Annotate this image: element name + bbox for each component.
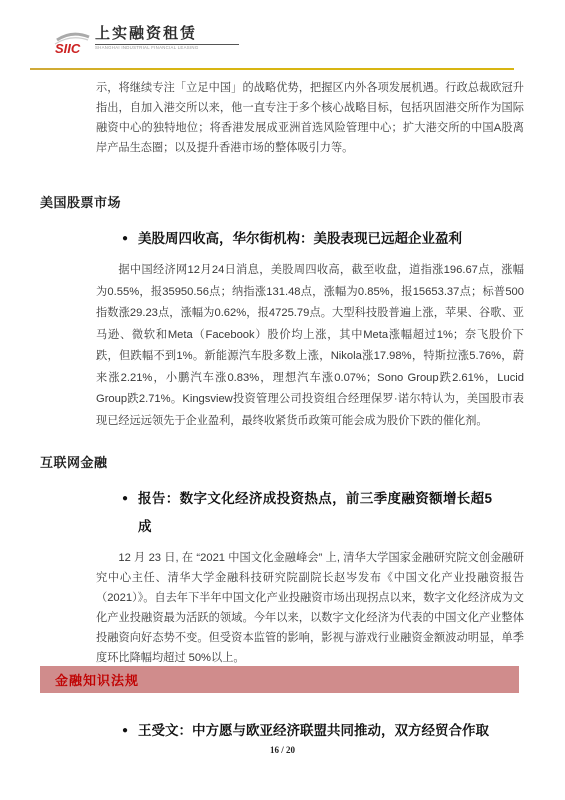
news-item-digital-culture: ● 报告：数字文化经济成投资热点，前三季度融资额增长超5成 xyxy=(122,485,492,541)
logo-company-name-en: SHANGHAI INDUSTRIAL FINANCIAL LEASING xyxy=(95,46,198,50)
document-page: SIIC 上实融资租赁 SHANGHAI INDUSTRIAL FINANCIA… xyxy=(0,0,565,800)
company-logo: SIIC 上实融资租赁 SHANGHAI INDUSTRIAL FINANCIA… xyxy=(54,24,239,56)
siic-logo-icon: SIIC xyxy=(54,30,90,56)
news-headline-digital-culture: 报告：数字文化经济成投资热点，前三季度融资额增长超5成 xyxy=(138,485,492,541)
news-body-digital-culture: 12 月 23 日, 在 “2021 中国文化金融峰会” 上, 清华大学国家金融… xyxy=(96,548,524,668)
news-item-us-stocks: ● 美股周四收高，华尔街机构：美股表现已远超企业盈利 xyxy=(122,228,518,250)
news-body-us-stocks: 据中国经济网12月24日消息，美股周四收高，截至收盘，道指涨196.67点，涨幅… xyxy=(96,260,524,432)
bullet-icon: ● xyxy=(122,228,128,250)
header-divider xyxy=(30,68,514,70)
section-banner-finance-regulations: 金融知识法规 xyxy=(40,666,519,693)
logo-company-name: 上实融资租赁 xyxy=(95,24,239,45)
news-headline-us-stocks: 美股周四收高，华尔街机构：美股表现已远超企业盈利 xyxy=(138,228,518,250)
news-headline-eurasian-union: 王受文：中方愿与欧亚经济联盟共同推动，双方经贸合作取 xyxy=(138,720,530,742)
intro-paragraph: 示，将继续专注「立足中国」的战略优势，把握区内外各项发展机遇。行政总裁欧冠升指出… xyxy=(96,78,524,158)
page-number: 16 / 20 xyxy=(0,745,565,755)
banner-label: 金融知识法规 xyxy=(55,670,139,689)
section-title-internet-finance: 互联网金融 xyxy=(40,452,108,471)
logo-text: 上实融资租赁 SHANGHAI INDUSTRIAL FINANCIAL LEA… xyxy=(95,24,239,52)
bullet-icon: ● xyxy=(122,720,128,742)
news-item-eurasian-union: ● 王受文：中方愿与欧亚经济联盟共同推动，双方经贸合作取 xyxy=(122,720,530,742)
svg-text:SIIC: SIIC xyxy=(55,41,81,56)
section-title-us-stock-market: 美国股票市场 xyxy=(40,192,121,211)
bullet-icon: ● xyxy=(122,485,128,541)
